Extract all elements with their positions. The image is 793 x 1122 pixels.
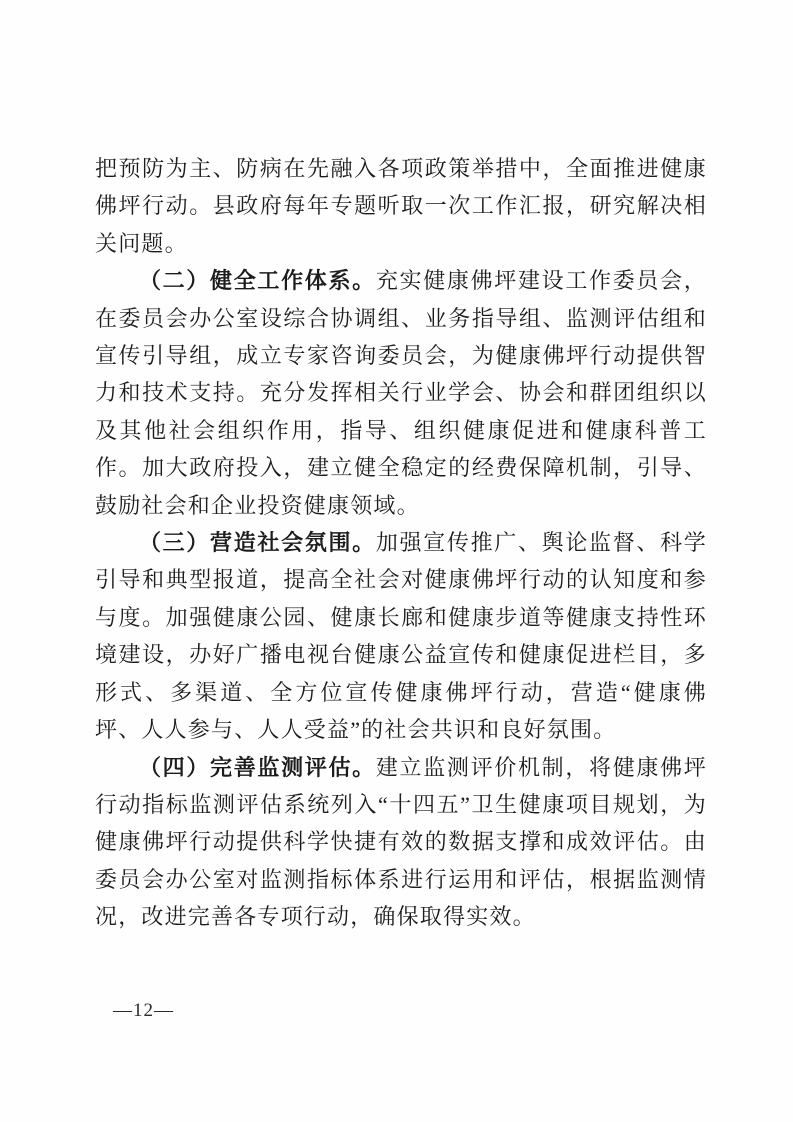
paragraph: （二）健全工作体系。充实健康佛坪建设工作委员会，在委员会办公室设综合协调组、业务… <box>95 262 707 524</box>
paragraph: （三）营造社会氛围。加强宣传推广、舆论监督、科学引导和典型报道，提高全社会对健康… <box>95 524 707 748</box>
page-number: —12— <box>113 1000 174 1022</box>
paragraph-text: 加强宣传推广、舆论监督、科学引导和典型报道，提高全社会对健康佛坪行动的认知度和参… <box>95 530 707 742</box>
paragraph-lead: （四）完善监测评估。 <box>139 755 376 780</box>
document-page: 把预防为主、防病在先融入各项政策举措中，全面推进健康佛坪行动。县政府每年专题听取… <box>0 0 793 1122</box>
paragraph-text: 充实健康佛坪建设工作委员会，在委员会办公室设综合协调组、业务指导组、监测评估组和… <box>95 268 707 517</box>
paragraph-lead: （三）营造社会氛围。 <box>139 530 376 555</box>
paragraph-text: 建立监测评价机制，将健康佛坪行动指标监测评估系统列入“十四五”卫生健康项目规划，… <box>95 755 707 930</box>
paragraph: （四）完善监测评估。建立监测评价机制，将健康佛坪行动指标监测评估系统列入“十四五… <box>95 749 707 936</box>
document-body: 把预防为主、防病在先融入各项政策举措中，全面推进健康佛坪行动。县政府每年专题听取… <box>95 150 707 936</box>
paragraph-text: 把预防为主、防病在先融入各项政策举措中，全面推进健康佛坪行动。县政府每年专题听取… <box>95 156 707 256</box>
paragraph-lead: （二）健全工作体系。 <box>139 268 376 293</box>
paragraph: 把预防为主、防病在先融入各项政策举措中，全面推进健康佛坪行动。县政府每年专题听取… <box>95 150 707 262</box>
